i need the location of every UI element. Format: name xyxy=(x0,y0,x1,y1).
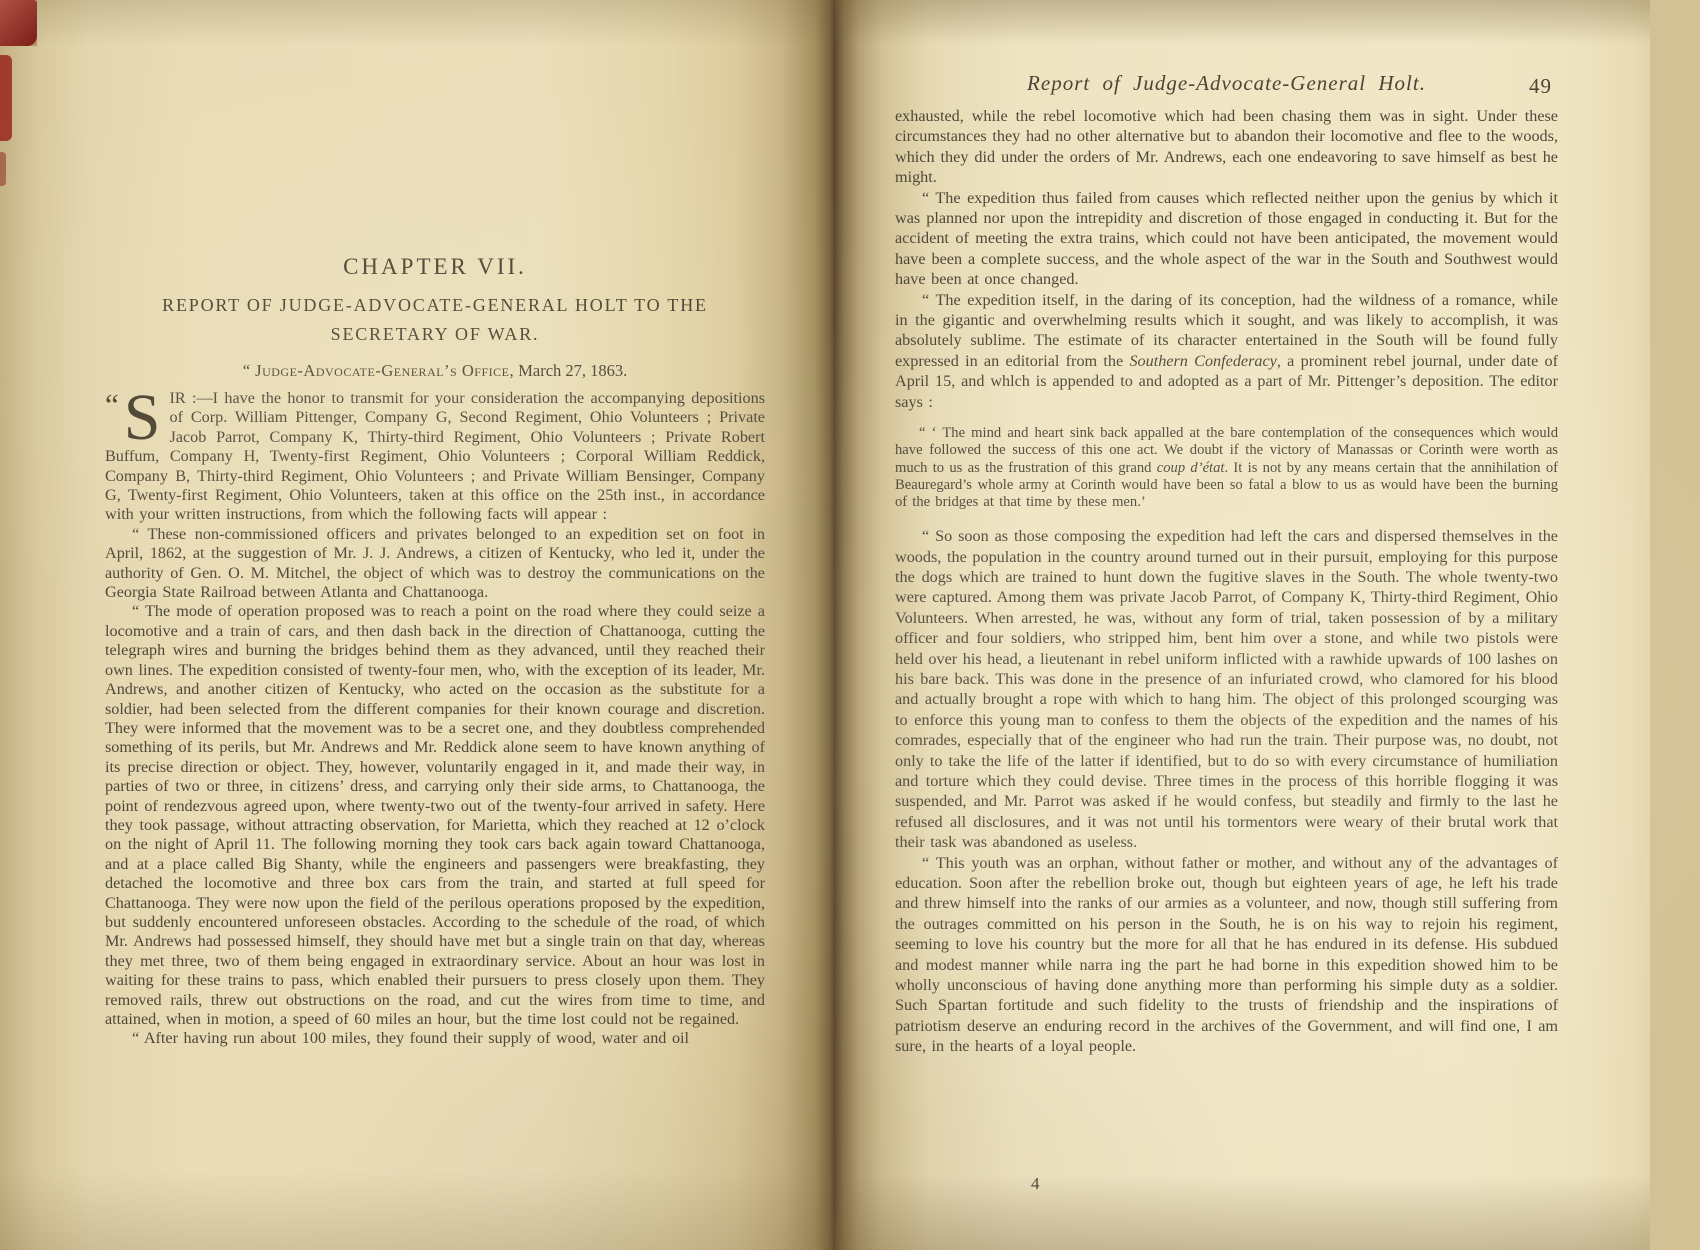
chapter-subtitle: REPORT OF JUDGE-ADVOCATE-GENERAL HOLT TO… xyxy=(105,291,765,349)
paragraph: “ ‘ The mind and heart sink back appalle… xyxy=(895,425,1558,511)
right-page-body: exhausted, while the rebel locomotive wh… xyxy=(895,106,1558,1057)
editorial-quote-block: “ ‘ The mind and heart sink back appalle… xyxy=(895,425,1558,511)
paragraph: “ The mode of operation proposed was to … xyxy=(105,602,765,1029)
opening-paragraph: “SIR :—I have the honor to transmit for … xyxy=(105,389,765,525)
opening-paragraph-text: IR :—I have the honor to transmit for yo… xyxy=(105,389,765,523)
paragraph: “ The expedition itself, in the daring o… xyxy=(895,290,1558,412)
right-page-paragraphs-bottom: “ So soon as those composing the expedit… xyxy=(895,526,1558,1057)
drop-cap-letter: S xyxy=(124,390,161,445)
paragraph: “ This youth was an orphan, without fath… xyxy=(895,853,1558,1057)
paragraph: “ The expedition thus failed from causes… xyxy=(895,188,1558,290)
dateline-date: March 27, 1863. xyxy=(514,361,627,380)
left-page-column: CHAPTER VII. REPORT OF JUDGE-ADVOCATE-GE… xyxy=(105,0,765,1250)
book-cover-fragment xyxy=(0,152,6,186)
left-page-paragraphs: “ These non-commissioned officers and pr… xyxy=(105,525,765,1049)
left-page-body: “SIR :—I have the honor to transmit for … xyxy=(105,389,765,1049)
book-cover-fragment xyxy=(0,55,12,141)
running-header: Report of Judge-Advocate-General Holt. xyxy=(895,71,1558,96)
chapter-subtitle-line1: REPORT OF JUDGE-ADVOCATE-GENERAL HOLT TO… xyxy=(105,291,765,320)
chapter-title: CHAPTER VII. xyxy=(105,254,765,280)
signature-mark: 4 xyxy=(1031,1174,1040,1194)
chapter-subtitle-line2: SECRETARY OF WAR. xyxy=(105,320,765,349)
dateline: “ Judge-Advocate-General’s Office, March… xyxy=(105,361,765,381)
page-number: 49 xyxy=(1529,74,1552,99)
paragraph: “ So soon as those composing the expedit… xyxy=(895,526,1558,853)
right-page-paragraphs-top: exhausted, while the rebel locomotive wh… xyxy=(895,106,1558,412)
paragraph: “ These non-commissioned officers and pr… xyxy=(105,525,765,603)
book-spread: CHAPTER VII. REPORT OF JUDGE-ADVOCATE-GE… xyxy=(0,0,1700,1250)
book-cover-fragment xyxy=(0,0,37,46)
right-page-overlay: Report of Judge-Advocate-General Holt. 4… xyxy=(835,0,1650,1250)
right-page-column: Report of Judge-Advocate-General Holt. 4… xyxy=(895,0,1558,1250)
page-fore-edge xyxy=(1650,0,1700,1250)
paragraph: “ After having run about 100 miles, they… xyxy=(105,1029,765,1048)
dateline-office: “ Judge-Advocate-General’s Office, xyxy=(243,361,514,380)
opening-quote-mark: “ xyxy=(105,390,119,420)
drop-cap: “S xyxy=(105,390,160,446)
paragraph: exhausted, while the rebel locomotive wh… xyxy=(895,106,1558,188)
